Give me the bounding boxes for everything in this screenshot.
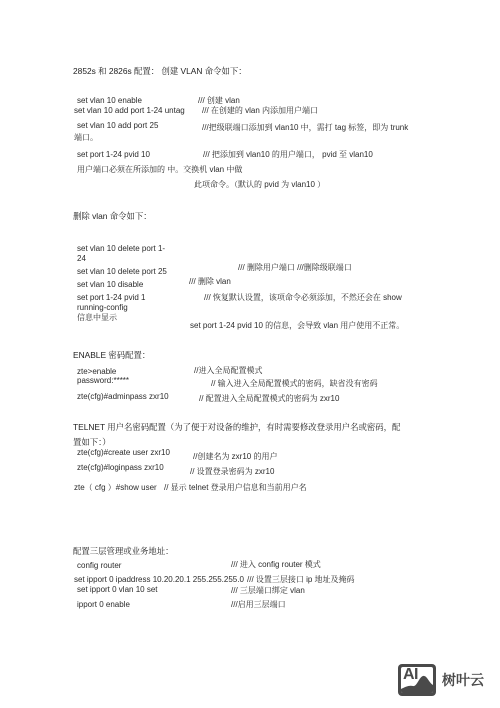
cmd-comment: ///把级联端口添加到 vlan10 中，需打 tag 标签，即为 trunk [202,124,408,132]
cmd-line: 24 [77,255,86,263]
cmd-comment: 此项命令。（默认的 pvid 为 vlan10 ） [194,181,325,189]
cmd-line: zte(cfg)#adminpass zxr10 [77,393,169,401]
cmd-line: set ipport 0 ipaddress 10.20.20.1 255.25… [74,576,244,584]
cmd-line: set port 1-24 pvid 10 [77,151,150,159]
cmd-comment: // 显示 telnet 登录用户信息和当前用户名 [164,484,307,492]
cmd-comment: //创建名为 zxr10 的用户 [193,453,277,461]
cmd-comment: // 配置进入全局配置模式的密码为 zxr10 [199,395,339,403]
cmd-comment: /// 进入 config router 模式 [231,561,321,569]
cmd-comment: /// 删除用户端口 ///删除级联端口 [238,264,352,272]
cmd-line: config router [77,562,121,570]
cmd-line: set port 1-24 pvid 1 [77,294,145,302]
brand-name: 树叶云 [442,673,484,687]
cmd-line: set vlan 10 add port 25 [77,122,158,130]
watermark-logo: AI 树叶云 [398,662,498,698]
cmd-comment: set port 1-24 pvid 10 的信息，会导致 vlan 用户使用不… [190,322,404,330]
heading-l3-address: 配置三层管理或业务地址： [73,547,174,555]
heading-telnet: TELNET 用户名密码配置（为了便于对设备的维护，有时需要修改登录用户名或密码… [73,423,400,431]
cmd-line: zte(cfg)#loginpass zxr10 [77,464,164,472]
cmd-line: set vlan 10 delete port 25 [77,268,167,276]
cmd-line: zte>enable [77,368,116,376]
cmd-line: set vlan 10 delete port 1- [77,245,165,253]
cmd-line: 用户端口必须在所添加的 中。交换机 vlan 中做 [77,166,242,174]
cmd-comment: /// 恢复默认设置，该项命令必须添加，不然还会在 show [204,294,402,302]
cmd-line: ipport 0 enable [77,601,130,609]
heading-delete-vlan: 删除 vlan 命令如下： [73,212,152,220]
cmd-line: zte（ cfg ）#show user [74,484,157,492]
cmd-line: 端口。 [74,134,98,142]
heading-telnet-cont: 置如下：） [73,438,111,446]
cmd-comment: // 输入进入全局配置模式的密码，缺省没有密码 [211,380,378,388]
cmd-comment: /// 把添加到 vlan10 的用户端口， pvid 至 vlan10 [203,151,373,159]
cmd-comment: /// 在创建的 vlan 内添加用户端口 [202,107,318,115]
mountain-icon [401,667,433,693]
cmd-line: running-config [77,304,128,312]
cmd-line: set vlan 10 add port 1-24 untag [74,107,185,115]
cmd-line: set vlan 10 disable [77,281,143,289]
heading-create-vlan: 2852s 和 2826s 配置： 创建 VLAN 命令如下： [73,67,247,75]
cmd-comment: /// 设置三层接口 ip 地址及掩码 [247,576,355,584]
cmd-line: zte(cfg)#create user zxr10 [77,449,170,457]
cmd-line: set vlan 10 enable [77,97,142,105]
cmd-comment: /// 三层端口绑定 vlan [231,587,305,595]
cmd-comment: // 设置登录密码为 zxr10 [190,468,274,476]
cmd-comment: ///启用三层端口 [231,601,286,609]
cmd-comment: /// 删除 vlan [189,278,231,286]
heading-enable-password: ENABLE 密码配置： [73,351,150,359]
cmd-line: password:***** [77,377,129,385]
cmd-comment: /// 创建 vlan [198,97,240,105]
cmd-comment: //进入全局配置模式 [194,367,262,375]
ai-image-icon: AI [398,664,436,696]
cmd-line: set ipport 0 vlan 10 set [77,586,158,594]
cmd-line: 信息中显示 [77,314,117,322]
